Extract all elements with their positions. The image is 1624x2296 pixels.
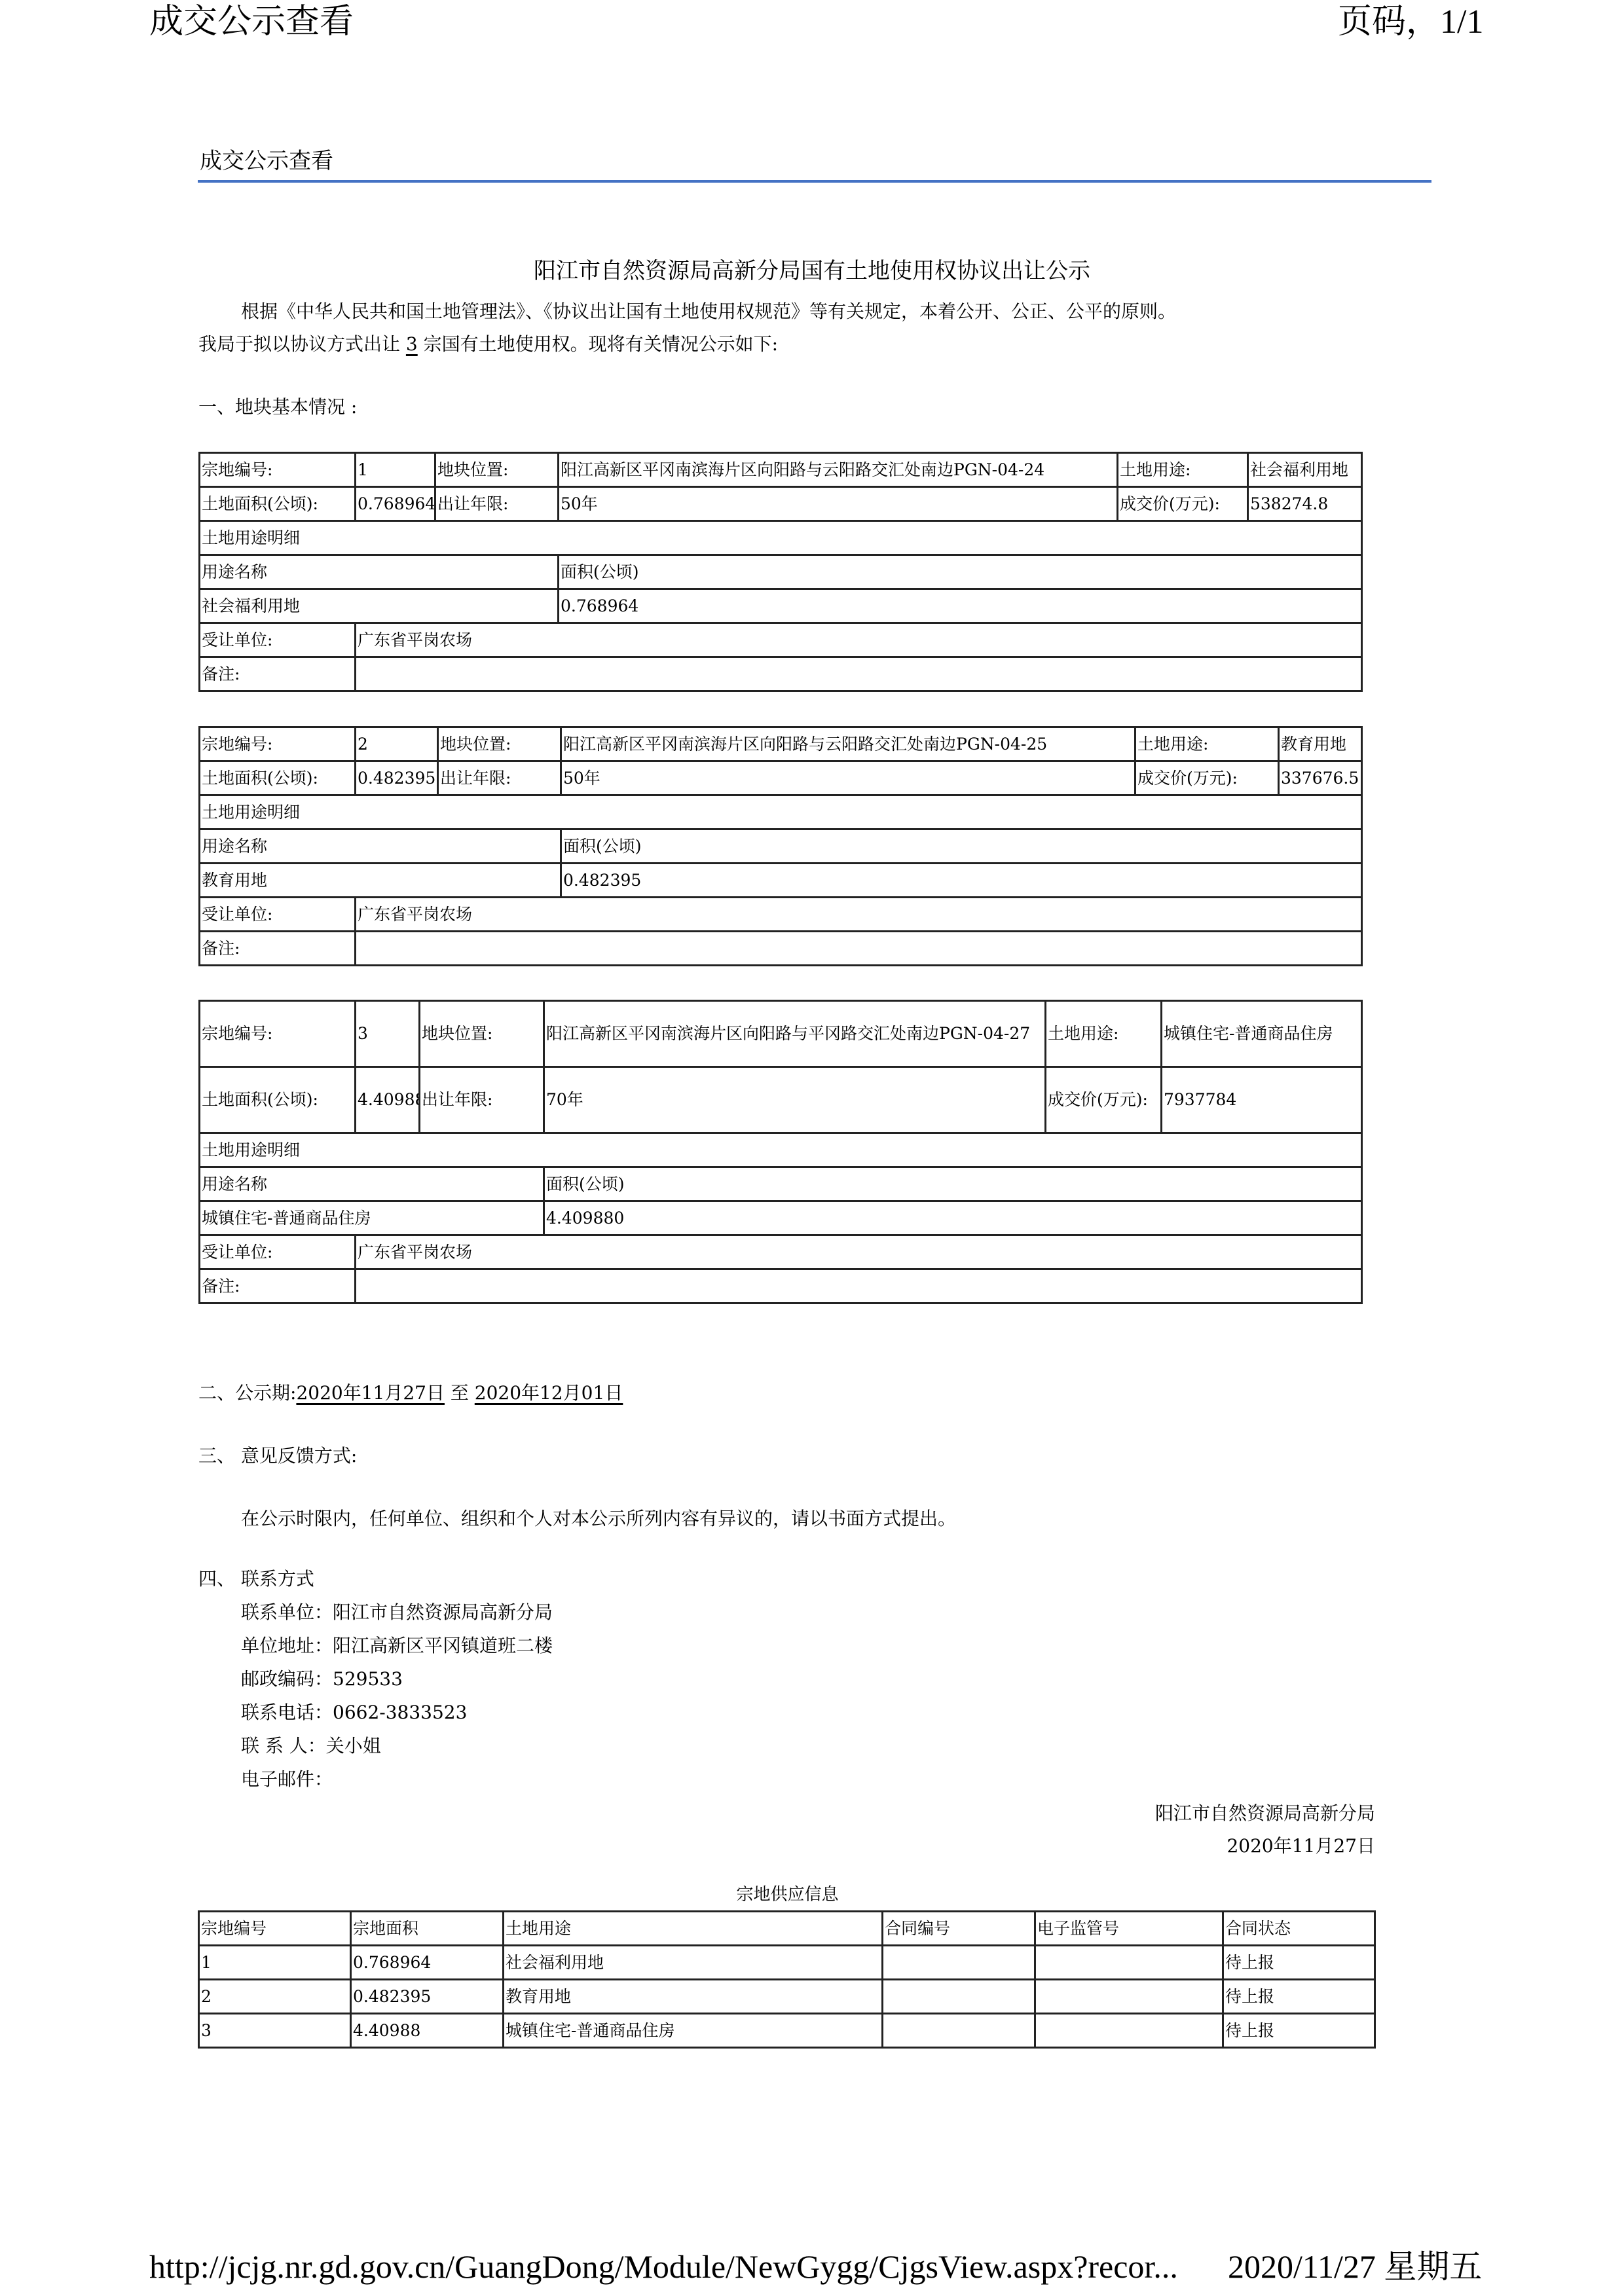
contact-person: 联 系 人：关小姐: [241, 1733, 381, 1759]
term-value: 70年: [544, 1067, 1046, 1133]
label-transferee: 受让单位:: [200, 623, 356, 657]
parcel-no-value: 3: [356, 1001, 420, 1067]
label-parcel-no: 宗地编号:: [200, 453, 356, 487]
land-use-value: 教育用地: [1279, 727, 1362, 761]
supply-header-cell: 宗地编号: [199, 1912, 351, 1946]
supply-header-cell: 合同状态: [1223, 1912, 1375, 1946]
transferee-value: 广东省平岗农场: [356, 898, 1362, 932]
supply-table-row: 20.482395教育用地待上报: [199, 1980, 1375, 2014]
detail-area-value: 4.409880: [544, 1201, 1362, 1235]
footer-date: 2020/11/27 星期五: [1228, 2247, 1482, 2286]
use-name-header: 用途名称: [200, 555, 559, 589]
remarks-value: [356, 932, 1362, 966]
intro-line-1: 根据《中华人民共和国土地管理法》、《协议出让国有土地使用权规范》等有关规定，本着…: [241, 299, 1176, 325]
remarks-value: [356, 1269, 1362, 1303]
supply-cell: [1035, 1946, 1223, 1980]
supply-cell: 3: [199, 2014, 351, 2048]
parcel-table-3: 宗地编号: 3 地块位置: 阳江高新区平冈南滨海片区向阳路与平冈路交汇处南边PG…: [198, 1000, 1363, 1304]
contact-email: 电子邮件：: [241, 1766, 333, 1793]
label-price: 成交价(万元):: [1118, 487, 1248, 521]
label-location: 地块位置:: [420, 1001, 544, 1067]
footer-url[interactable]: http://jcjg.nr.gd.gov.cn/GuangDong/Modul…: [149, 2247, 1178, 2286]
contact-unit: 联系单位：阳江市自然资源局高新分局: [241, 1599, 553, 1626]
supply-cell: 0.482395: [351, 1980, 504, 2014]
label-remarks: 备注:: [200, 657, 356, 691]
parcel-no-value: 1: [356, 453, 435, 487]
detail-area-value: 0.768964: [559, 589, 1362, 623]
use-area-header: 面积(公顷): [561, 829, 1362, 864]
notice-title: 阳江市自然资源局高新分局国有土地使用权协议出让公示: [0, 257, 1624, 285]
location-value: 阳江高新区平冈南滨海片区向阳路与云阳路交汇处南边PGN-04-25: [561, 727, 1135, 761]
supply-table-title: 宗地供应信息: [0, 1882, 1575, 1908]
use-name-header: 用途名称: [200, 829, 561, 864]
supply-header-cell: 宗地面积: [351, 1912, 504, 1946]
area-value: 0.768964: [356, 487, 435, 521]
label-land-use: 土地用途:: [1118, 453, 1248, 487]
intro-suffix: 宗国有土地使用权。现将有关情况公示如下:: [418, 333, 778, 355]
label-area: 土地面积(公顷):: [200, 487, 356, 521]
price-value: 337676.5: [1279, 761, 1362, 795]
location-value: 阳江高新区平冈南滨海片区向阳路与云阳路交汇处南边PGN-04-24: [559, 453, 1118, 487]
supply-cell: 0.768964: [351, 1946, 504, 1980]
price-value: 538274.8: [1248, 487, 1362, 521]
use-detail-heading: 土地用途明细: [200, 1133, 1362, 1167]
term-value: 50年: [561, 761, 1135, 795]
label-land-use: 土地用途:: [1046, 1001, 1162, 1067]
publicity-end-date: 2020年12月01日: [475, 1382, 623, 1404]
supply-cell: [883, 1980, 1035, 2014]
supply-table: 宗地编号宗地面积土地用途合同编号电子监管号合同状态 10.768964社会福利用…: [198, 1910, 1376, 2049]
supply-cell: [1035, 1980, 1223, 2014]
contact-phone: 联系电话：0662-3833523: [241, 1700, 467, 1726]
label-price: 成交价(万元):: [1046, 1067, 1162, 1133]
supply-cell: 2: [199, 1980, 351, 2014]
supply-cell: 待上报: [1223, 1980, 1375, 2014]
supply-cell: [1035, 2014, 1223, 2048]
contact-postcode: 邮政编码：529533: [241, 1666, 403, 1692]
page-number: 页码，1/1: [1338, 3, 1483, 42]
signature-date: 2020年11月27日: [1227, 1833, 1375, 1859]
label-parcel-no: 宗地编号:: [200, 1001, 356, 1067]
parcel-no-value: 2: [356, 727, 438, 761]
section-header-title: 成交公示查看: [200, 147, 333, 175]
parcel-table-2: 宗地编号: 2 地块位置: 阳江高新区平冈南滨海片区向阳路与云阳路交汇处南边PG…: [198, 726, 1363, 966]
supply-cell: [883, 2014, 1035, 2048]
supply-cell: 城镇住宅-普通商品住房: [504, 2014, 883, 2048]
location-value: 阳江高新区平冈南滨海片区向阳路与平冈路交汇处南边PGN-04-27: [544, 1001, 1046, 1067]
contact-address: 单位地址：阳江高新区平冈镇道班二楼: [241, 1633, 553, 1659]
transferee-value: 广东省平岗农场: [356, 1235, 1362, 1269]
supply-table-row: 34.40988城镇住宅-普通商品住房待上报: [199, 2014, 1375, 2048]
detail-area-value: 0.482395: [561, 864, 1362, 898]
publicity-to: 至: [451, 1382, 469, 1404]
publicity-label: 二、公示期:: [198, 1382, 296, 1404]
land-use-value: 社会福利用地: [1248, 453, 1362, 487]
page-header-title: 成交公示查看: [149, 3, 354, 42]
label-location: 地块位置:: [435, 453, 559, 487]
label-area: 土地面积(公顷):: [200, 761, 356, 795]
label-term: 出让年限:: [438, 761, 561, 795]
land-use-value: 城镇住宅-普通商品住房: [1162, 1001, 1362, 1067]
label-price: 成交价(万元):: [1135, 761, 1279, 795]
detail-use-value: 社会福利用地: [200, 589, 559, 623]
label-remarks: 备注:: [200, 932, 356, 966]
use-area-header: 面积(公顷): [559, 555, 1362, 589]
use-detail-heading: 土地用途明细: [200, 795, 1362, 829]
use-detail-heading: 土地用途明细: [200, 521, 1362, 555]
label-area: 土地面积(公顷):: [200, 1067, 356, 1133]
label-land-use: 土地用途:: [1135, 727, 1279, 761]
area-value: 4.40988: [356, 1067, 420, 1133]
supply-cell: 社会福利用地: [504, 1946, 883, 1980]
supply-table-row: 10.768964社会福利用地待上报: [199, 1946, 1375, 1980]
supply-cell: 1: [199, 1946, 351, 1980]
label-location: 地块位置:: [438, 727, 561, 761]
supply-header-cell: 合同编号: [883, 1912, 1035, 1946]
label-parcel-no: 宗地编号:: [200, 727, 356, 761]
section-1-heading: 一、地块基本情况 :: [198, 394, 357, 420]
label-remarks: 备注:: [200, 1269, 356, 1303]
intro-line-2: 我局于拟以协议方式出让 3 宗国有土地使用权。现将有关情况公示如下:: [198, 331, 778, 357]
supply-cell: 4.40988: [351, 2014, 504, 2048]
publicity-period: 二、公示期:2020年11月27日 至 2020年12月01日: [198, 1380, 623, 1406]
detail-use-value: 教育用地: [200, 864, 561, 898]
intro-prefix: 我局于拟以协议方式出让: [198, 333, 406, 355]
transferee-value: 广东省平岗农场: [356, 623, 1362, 657]
supply-header-cell: 土地用途: [504, 1912, 883, 1946]
contact-heading: 四、 联系方式: [198, 1566, 314, 1592]
supply-cell: [883, 1946, 1035, 1980]
feedback-heading: 三、 意见反馈方式:: [198, 1443, 357, 1469]
price-value: 7937784: [1162, 1067, 1362, 1133]
supply-cell: 待上报: [1223, 1946, 1375, 1980]
publicity-start-date: 2020年11月27日: [296, 1382, 445, 1404]
term-value: 50年: [559, 487, 1118, 521]
parcel-count: 3: [406, 333, 418, 355]
supply-header-cell: 电子监管号: [1035, 1912, 1223, 1946]
label-transferee: 受让单位:: [200, 1235, 356, 1269]
label-transferee: 受让单位:: [200, 898, 356, 932]
supply-cell: 教育用地: [504, 1980, 883, 2014]
header-divider: [198, 180, 1431, 183]
supply-table-header-row: 宗地编号宗地面积土地用途合同编号电子监管号合同状态: [199, 1912, 1375, 1946]
remarks-value: [356, 657, 1362, 691]
signature-org: 阳江市自然资源局高新分局: [1155, 1800, 1375, 1827]
parcel-table-1: 宗地编号: 1 地块位置: 阳江高新区平冈南滨海片区向阳路与云阳路交汇处南边PG…: [198, 452, 1363, 692]
label-term: 出让年限:: [420, 1067, 544, 1133]
detail-use-value: 城镇住宅-普通商品住房: [200, 1201, 544, 1235]
area-value: 0.482395: [356, 761, 438, 795]
label-term: 出让年限:: [435, 487, 559, 521]
use-name-header: 用途名称: [200, 1167, 544, 1201]
use-area-header: 面积(公顷): [544, 1167, 1362, 1201]
supply-cell: 待上报: [1223, 2014, 1375, 2048]
feedback-text: 在公示时限内，任何单位、组织和个人对本公示所列内容有异议的，请以书面方式提出。: [241, 1506, 956, 1532]
